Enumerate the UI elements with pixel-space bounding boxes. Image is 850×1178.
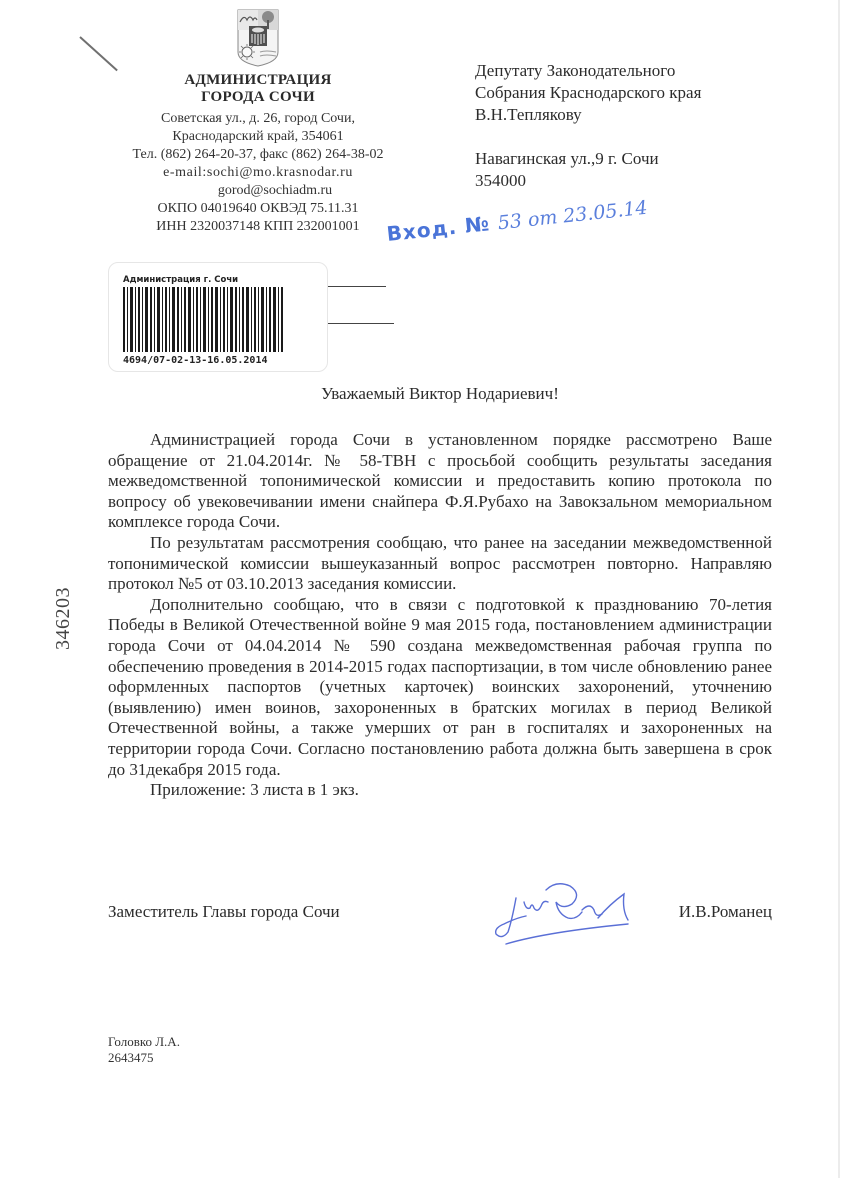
org-email-line2: gorod@sochiadm.ru [108,182,408,200]
paragraph-2: По результатам рассмотрения сообщаю, что… [108,533,772,595]
addressee-line2: Собрания Краснодарского края [475,82,701,104]
sochi-coat-of-arms-icon [236,8,280,68]
org-name-line1: АДМИНИСТРАЦИЯ [108,72,408,89]
org-details: Советская ул., д. 26, город Сочи, Красно… [108,110,408,236]
blank-line-date [328,323,394,324]
letter-body: Администрацией города Сочи в установленн… [108,430,772,801]
paragraph-3: Дополнительно сообщаю, что в связи с под… [108,595,772,780]
stamp-handwritten-entry: 53 от 23.05.14 [497,197,649,235]
sticker-registration-code: 4694/07-02-13-16.05.2014 [123,355,268,366]
org-name-line2: ГОРОДА СОЧИ [108,89,408,106]
letterhead: АДМИНИСТРАЦИЯ ГОРОДА СОЧИ Советская ул.,… [108,8,408,236]
org-address-line1: Советская ул., д. 26, город Сочи, [108,110,408,128]
handwritten-signature-icon [486,880,646,950]
org-address-line2: Краснодарский край, 354061 [108,128,408,146]
paragraph-1: Администрацией города Сочи в установленн… [108,430,772,533]
addressee-street: Навагинская ул.,9 г. Сочи [475,148,701,170]
addressee-name: В.Н.Теплякову [475,104,701,126]
addressee-block: Депутату Законодательного Собрания Красн… [475,60,701,192]
incoming-stamp: Вход. № 53 от 23.05.14 [385,195,648,246]
addressee-postcode: 354000 [475,170,701,192]
addressee-line1: Депутату Законодательного [475,60,701,82]
signer-name: И.В.Романец [679,902,772,922]
org-codes-line1: ОКПО 04019640 ОКВЭД 75.11.31 [108,200,408,218]
salutation: Уважаемый Виктор Нодариевич! [100,384,780,404]
side-registration-number: 346203 [52,587,75,650]
blank-line-number [328,286,386,287]
executor-block: Головко Л.А. 2643475 [108,1034,180,1066]
executor-phone: 2643475 [108,1050,180,1066]
org-codes-line2: ИНН 2320037148 КПП 232001001 [108,218,408,236]
barcode-icon [123,287,285,352]
sticker-title: Администрация г. Сочи [123,275,238,285]
org-email-line1: e-mail:sochi@mo.krasnodar.ru [108,164,408,182]
barcode-sticker: Администрация г. Сочи 4694/07-02-13 [108,262,328,372]
executor-name: Головко Л.А. [108,1034,180,1050]
org-phone-line: Тел. (862) 264-20-37, факс (862) 264-38-… [108,146,408,164]
attachment-note: Приложение: 3 листа в 1 экз. [108,780,772,801]
page-edge [838,0,840,1178]
signer-position: Заместитель Главы города Сочи [108,902,340,922]
